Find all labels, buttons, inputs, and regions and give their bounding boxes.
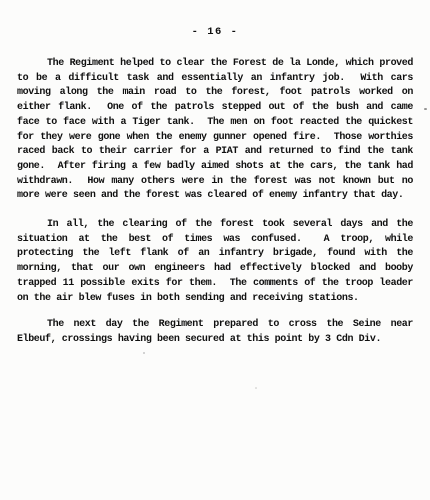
text-line: situation at the best of times was confu… [17,233,413,248]
document-page: - 16 - The Regiment helped to clear the … [0,0,430,500]
page-number: - 16 - [17,25,413,40]
text-line: Elbeuf, crossings having been secured at… [17,333,413,348]
text-line: raced back to their carrier for a PIAT a… [17,145,413,160]
text-line: In all, the clearing of the forest took … [17,218,413,233]
text-line: more were seen and the forest was cleare… [17,189,413,204]
text-line: The Regiment helped to clear the Forest … [17,57,413,72]
text-line: face to face with a Tiger tank. The men … [17,116,413,131]
paragraph-troop-exits: In all, the clearing of the forest took … [17,218,413,306]
text-line: to be a difficult task and essentially a… [17,72,413,87]
text-line: protecting the left flank of an infantry… [17,247,413,262]
text-line: on the air blew fuses in both sending an… [17,292,413,307]
scan-speck [424,108,427,110]
paragraph-seine-crossing: The next day the Regiment prepared to cr… [17,318,413,347]
text-line: The next day the Regiment prepared to cr… [17,318,413,333]
scan-speck [143,352,145,354]
text-line: for they were gone when the enemy gunner… [17,131,413,146]
text-line: withdrawn. How many others were in the f… [17,175,413,190]
scan-speck [255,387,257,389]
text-line: either flank. One of the patrols stepped… [17,101,413,116]
text-line: gone. After firing a few badly aimed sho… [17,160,413,175]
text-line: trapped 11 possible exits for them. The … [17,277,413,292]
text-line: moving along the main road to the forest… [17,86,413,101]
paragraph-forest-clearing: The Regiment helped to clear the Forest … [17,57,413,204]
text-line: morning, that our own engineers had effe… [17,262,413,277]
